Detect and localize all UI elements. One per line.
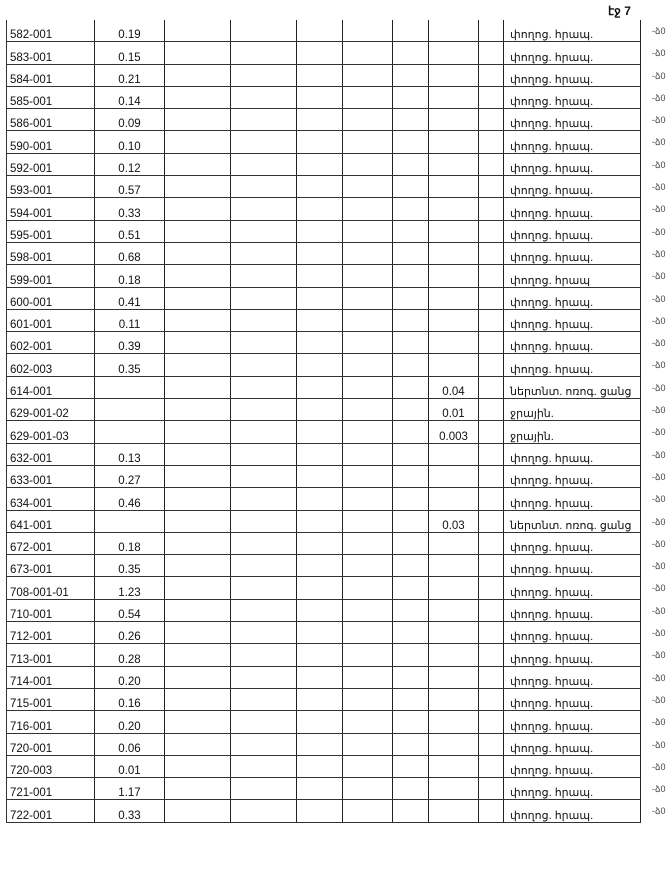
table-row: 595-0010.51փողոց. հրապ. (7, 220, 641, 242)
area-value: 0.09 (95, 109, 165, 131)
land-use-description: փողոց. հրապ. (504, 599, 641, 621)
empty-cell (393, 354, 429, 376)
land-use-description: փողոց. հրապ. (504, 86, 641, 108)
parcel-code: 601-001 (7, 309, 95, 331)
table-row: 712-0010.26փողոց. հրապ. (7, 622, 641, 644)
other-area-value (429, 220, 479, 242)
parcel-code: 593-001 (7, 176, 95, 198)
area-value (95, 421, 165, 443)
land-use-description: փողոց. հրապ. (504, 220, 641, 242)
empty-cell (479, 309, 504, 331)
empty-cell (393, 309, 429, 331)
empty-cell (165, 443, 231, 465)
parcel-code: 629-001-02 (7, 399, 95, 421)
other-area-value (429, 86, 479, 108)
empty-cell (231, 20, 297, 42)
empty-cell (297, 153, 343, 175)
parcel-code: 614-001 (7, 376, 95, 398)
other-area-value (429, 666, 479, 688)
empty-cell (297, 733, 343, 755)
area-value: 0.12 (95, 153, 165, 175)
empty-cell (231, 131, 297, 153)
empty-cell (343, 532, 393, 554)
area-value: 0.35 (95, 555, 165, 577)
other-area-value: 0.003 (429, 421, 479, 443)
empty-cell (165, 109, 231, 131)
land-use-description: փողոց. հրապ. (504, 443, 641, 465)
table-row: 634-0010.46փողոց. հրապ. (7, 488, 641, 510)
table-row: 720-0030.01փողոց. հրապ. (7, 755, 641, 777)
empty-cell (231, 242, 297, 264)
empty-cell (343, 755, 393, 777)
other-area-value (429, 198, 479, 220)
page-number-label: էջ 7 (608, 4, 631, 18)
table-row: 713-0010.28փողոց. հրապ. (7, 644, 641, 666)
parcel-code: 584-001 (7, 64, 95, 86)
land-use-description: փողոց. հրապ. (504, 354, 641, 376)
check-mark: -ձ0 (652, 288, 665, 310)
empty-cell (165, 198, 231, 220)
land-use-description: ներտնտ. ոռոգ. ցանց (504, 510, 641, 532)
empty-cell (297, 421, 343, 443)
empty-cell (231, 577, 297, 599)
empty-cell (393, 20, 429, 42)
parcel-code: 592-001 (7, 153, 95, 175)
empty-cell (165, 465, 231, 487)
empty-cell (479, 64, 504, 86)
empty-cell (231, 488, 297, 510)
empty-cell (479, 109, 504, 131)
empty-cell (297, 109, 343, 131)
other-area-value (429, 532, 479, 554)
empty-cell (297, 309, 343, 331)
table-row: 583-0010.15փողոց. հրապ. (7, 42, 641, 64)
other-area-value (429, 20, 479, 42)
parcel-code: 713-001 (7, 644, 95, 666)
empty-cell (165, 622, 231, 644)
empty-cell (479, 443, 504, 465)
empty-cell (343, 287, 393, 309)
check-mark: -ձ0 (652, 221, 665, 243)
other-area-value (429, 711, 479, 733)
empty-cell (165, 555, 231, 577)
empty-cell (393, 666, 429, 688)
area-value: 0.33 (95, 198, 165, 220)
empty-cell (231, 109, 297, 131)
empty-cell (393, 644, 429, 666)
land-use-description: փողոց. հրապ (504, 265, 641, 287)
empty-cell (393, 421, 429, 443)
empty-cell (231, 555, 297, 577)
empty-cell (479, 800, 504, 822)
empty-cell (393, 153, 429, 175)
land-use-description: փողոց. հրապ. (504, 332, 641, 354)
other-area-value (429, 488, 479, 510)
area-value: 1.17 (95, 778, 165, 800)
land-use-description: փողոց. հրապ. (504, 131, 641, 153)
empty-cell (165, 644, 231, 666)
empty-cell (343, 622, 393, 644)
empty-cell (479, 354, 504, 376)
check-mark: -ձ0 (652, 533, 665, 555)
empty-cell (231, 465, 297, 487)
area-value: 0.20 (95, 666, 165, 688)
table-row: 633-0010.27փողոց. հրապ. (7, 465, 641, 487)
other-area-value (429, 332, 479, 354)
parcel-code: 712-001 (7, 622, 95, 644)
parcel-code: 583-001 (7, 42, 95, 64)
empty-cell (165, 220, 231, 242)
empty-cell (297, 644, 343, 666)
check-mark: -ձ0 (652, 511, 665, 533)
area-value: 1.23 (95, 577, 165, 599)
area-value: 0.15 (95, 42, 165, 64)
table-body: 582-0010.19փողոց. հրապ.583-0010.15փողոց.… (7, 20, 641, 822)
parcel-code: 710-001 (7, 599, 95, 621)
check-mark: -ձ0 (652, 42, 665, 64)
empty-cell (343, 109, 393, 131)
check-mark: -ձ0 (652, 154, 665, 176)
empty-cell (393, 532, 429, 554)
area-value (95, 399, 165, 421)
area-value: 0.51 (95, 220, 165, 242)
land-use-description: փողոց. հրապ. (504, 666, 641, 688)
other-area-value (429, 644, 479, 666)
area-value: 0.33 (95, 800, 165, 822)
other-area-value: 0.03 (429, 510, 479, 532)
empty-cell (231, 176, 297, 198)
empty-cell (479, 555, 504, 577)
empty-cell (343, 354, 393, 376)
other-area-value (429, 354, 479, 376)
empty-cell (297, 64, 343, 86)
empty-cell (343, 577, 393, 599)
empty-cell (393, 109, 429, 131)
land-use-description: փողոց. հրապ. (504, 800, 641, 822)
empty-cell (297, 622, 343, 644)
empty-cell (231, 153, 297, 175)
empty-cell (297, 42, 343, 64)
check-mark: -ձ0 (652, 310, 665, 332)
empty-cell (343, 421, 393, 443)
table-row: 716-0010.20փողոց. հրապ. (7, 711, 641, 733)
empty-cell (165, 421, 231, 443)
area-value: 0.13 (95, 443, 165, 465)
check-mark: -ձ0 (652, 377, 665, 399)
table-row: 714-0010.20փողոց. հրապ. (7, 666, 641, 688)
empty-cell (297, 577, 343, 599)
parcel-code: 716-001 (7, 711, 95, 733)
empty-cell (393, 131, 429, 153)
check-mark: -ձ0 (652, 555, 665, 577)
table-row: 602-0030.35փողոց. հրապ. (7, 354, 641, 376)
check-mark: -ձ0 (652, 600, 665, 622)
land-use-description: փողոց. հրապ. (504, 755, 641, 777)
parcel-code: 594-001 (7, 198, 95, 220)
empty-cell (479, 711, 504, 733)
empty-cell (479, 242, 504, 264)
table-row: 585-0010.14փողոց. հրապ. (7, 86, 641, 108)
other-area-value (429, 622, 479, 644)
empty-cell (231, 287, 297, 309)
empty-cell (297, 465, 343, 487)
empty-cell (231, 688, 297, 710)
land-use-description: փողոց. հրապ. (504, 688, 641, 710)
empty-cell (231, 733, 297, 755)
empty-cell (165, 688, 231, 710)
land-use-description: ջրային. (504, 399, 641, 421)
area-value: 0.16 (95, 688, 165, 710)
parcel-code: 714-001 (7, 666, 95, 688)
empty-cell (297, 599, 343, 621)
empty-cell (479, 198, 504, 220)
other-area-value (429, 176, 479, 198)
empty-cell (165, 131, 231, 153)
parcel-code: 641-001 (7, 510, 95, 532)
empty-cell (343, 599, 393, 621)
parcel-code: 672-001 (7, 532, 95, 554)
empty-cell (165, 42, 231, 64)
table-row: 592-0010.12փողոց. հրապ. (7, 153, 641, 175)
parcel-code: 715-001 (7, 688, 95, 710)
empty-cell (343, 778, 393, 800)
empty-cell (297, 287, 343, 309)
empty-cell (479, 599, 504, 621)
land-use-description: փողոց. հրապ. (504, 42, 641, 64)
empty-cell (165, 153, 231, 175)
check-mark: -ձ0 (652, 354, 665, 376)
empty-cell (231, 532, 297, 554)
empty-cell (231, 599, 297, 621)
empty-cell (343, 265, 393, 287)
empty-cell (343, 644, 393, 666)
empty-cell (165, 332, 231, 354)
table-row: 629-001-030.003ջրային. (7, 421, 641, 443)
land-use-description: փողոց. հրապ. (504, 465, 641, 487)
empty-cell (231, 510, 297, 532)
check-mark: -ձ0 (652, 243, 665, 265)
parcel-code: 586-001 (7, 109, 95, 131)
check-mark: -ձ0 (652, 265, 665, 287)
check-mark: -ձ0 (652, 399, 665, 421)
table-row: 599-0010.18փողոց. հրապ (7, 265, 641, 287)
land-use-description: փողոց. հրապ. (504, 577, 641, 599)
parcel-code: 721-001 (7, 778, 95, 800)
area-value (95, 510, 165, 532)
empty-cell (231, 778, 297, 800)
table-row: 602-0010.39փողոց. հրապ. (7, 332, 641, 354)
empty-cell (297, 755, 343, 777)
empty-cell (393, 64, 429, 86)
check-mark: -ձ0 (652, 65, 665, 87)
check-mark: -ձ0 (652, 87, 665, 109)
empty-cell (393, 332, 429, 354)
parcel-code: 720-001 (7, 733, 95, 755)
parcel-code: 602-003 (7, 354, 95, 376)
empty-cell (343, 86, 393, 108)
land-use-description: փողոց. հրապ. (504, 733, 641, 755)
empty-cell (297, 443, 343, 465)
area-value: 0.46 (95, 488, 165, 510)
other-area-value (429, 599, 479, 621)
area-value: 0.39 (95, 332, 165, 354)
empty-cell (343, 688, 393, 710)
check-mark: -ձ0 (652, 577, 665, 599)
empty-cell (393, 510, 429, 532)
other-area-value (429, 131, 479, 153)
empty-cell (479, 42, 504, 64)
empty-cell (297, 778, 343, 800)
empty-cell (165, 577, 231, 599)
empty-cell (165, 20, 231, 42)
other-area-value (429, 443, 479, 465)
empty-cell (343, 242, 393, 264)
land-use-description: փողոց. հրապ. (504, 64, 641, 86)
other-area-value (429, 64, 479, 86)
empty-cell (231, 711, 297, 733)
empty-cell (393, 198, 429, 220)
empty-cell (231, 42, 297, 64)
area-value: 0.18 (95, 265, 165, 287)
empty-cell (479, 532, 504, 554)
parcel-code: 595-001 (7, 220, 95, 242)
table-row: 722-0010.33փողոց. հրապ. (7, 800, 641, 822)
empty-cell (231, 86, 297, 108)
empty-cell (231, 399, 297, 421)
land-use-description: փողոց. հրապ. (504, 287, 641, 309)
empty-cell (297, 376, 343, 398)
land-use-description: փողոց. հրապ. (504, 20, 641, 42)
empty-cell (231, 443, 297, 465)
empty-cell (297, 666, 343, 688)
empty-cell (297, 800, 343, 822)
empty-cell (479, 577, 504, 599)
empty-cell (231, 376, 297, 398)
parcel-code: 585-001 (7, 86, 95, 108)
check-mark: -ձ0 (652, 667, 665, 689)
check-mark: -ձ0 (652, 421, 665, 443)
land-use-description: ներտնտ. ոռոգ. ցանց (504, 376, 641, 398)
empty-cell (165, 376, 231, 398)
check-mark: -ձ0 (652, 800, 665, 822)
empty-cell (297, 555, 343, 577)
empty-cell (343, 42, 393, 64)
empty-cell (479, 399, 504, 421)
empty-cell (393, 399, 429, 421)
empty-cell (297, 20, 343, 42)
land-use-description: փողոց. հրապ. (504, 555, 641, 577)
land-use-description: փողոց. հրապ. (504, 644, 641, 666)
table-row: 710-0010.54փողոց. հրապ. (7, 599, 641, 621)
other-area-value (429, 265, 479, 287)
other-area-value (429, 755, 479, 777)
empty-cell (343, 309, 393, 331)
empty-cell (231, 644, 297, 666)
area-value: 0.26 (95, 622, 165, 644)
other-area-value (429, 153, 479, 175)
empty-cell (297, 198, 343, 220)
empty-cell (297, 176, 343, 198)
empty-cell (343, 443, 393, 465)
check-mark: -ձ0 (652, 332, 665, 354)
table-row: 721-0011.17փողոց. հրապ. (7, 778, 641, 800)
area-value: 0.57 (95, 176, 165, 198)
area-value (95, 376, 165, 398)
empty-cell (343, 800, 393, 822)
empty-cell (297, 265, 343, 287)
empty-cell (479, 510, 504, 532)
empty-cell (165, 354, 231, 376)
table-row: 720-0010.06փողոց. հրապ. (7, 733, 641, 755)
empty-cell (231, 666, 297, 688)
other-area-value (429, 42, 479, 64)
table-row: 594-0010.33փողոց. հրապ. (7, 198, 641, 220)
check-mark: -ձ0 (652, 466, 665, 488)
table-row: 632-0010.13փողոց. հրապ. (7, 443, 641, 465)
empty-cell (393, 778, 429, 800)
land-use-description: փողոց. հրապ. (504, 176, 641, 198)
land-use-description: փողոց. հրապ. (504, 711, 641, 733)
other-area-value (429, 287, 479, 309)
check-mark: -ձ0 (652, 711, 665, 733)
empty-cell (231, 354, 297, 376)
parcel-code: 599-001 (7, 265, 95, 287)
empty-cell (343, 465, 393, 487)
table-row: 584-0010.21փողոց. հրապ. (7, 64, 641, 86)
empty-cell (165, 176, 231, 198)
parcel-code: 673-001 (7, 555, 95, 577)
check-mark: -ձ0 (652, 778, 665, 800)
empty-cell (165, 242, 231, 264)
empty-cell (343, 220, 393, 242)
empty-cell (479, 688, 504, 710)
empty-cell (393, 555, 429, 577)
empty-cell (165, 666, 231, 688)
empty-cell (231, 220, 297, 242)
empty-cell (479, 86, 504, 108)
empty-cell (165, 287, 231, 309)
empty-cell (479, 131, 504, 153)
area-value: 0.18 (95, 532, 165, 554)
area-value: 0.01 (95, 755, 165, 777)
land-use-description: փողոց. հրապ. (504, 198, 641, 220)
land-use-description: փողոց. հրապ. (504, 532, 641, 554)
check-mark: -ձ0 (652, 488, 665, 510)
other-area-value: 0.04 (429, 376, 479, 398)
empty-cell (393, 42, 429, 64)
area-value: 0.28 (95, 644, 165, 666)
table-row: 614-0010.04ներտնտ. ոռոգ. ցանց (7, 376, 641, 398)
land-use-description: փողոց. հրապ. (504, 622, 641, 644)
area-value: 0.06 (95, 733, 165, 755)
check-mark: -ձ0 (652, 109, 665, 131)
area-value: 0.10 (95, 131, 165, 153)
empty-cell (297, 354, 343, 376)
check-mark: -ձ0 (652, 131, 665, 153)
table-row: 629-001-020.01ջրային. (7, 399, 641, 421)
empty-cell (165, 86, 231, 108)
table-row: 600-0010.41փողոց. հրապ. (7, 287, 641, 309)
empty-cell (231, 622, 297, 644)
empty-cell (343, 332, 393, 354)
check-mark: -ձ0 (652, 20, 665, 42)
area-value: 0.20 (95, 711, 165, 733)
empty-cell (231, 332, 297, 354)
empty-cell (297, 488, 343, 510)
check-mark: -ձ0 (652, 444, 665, 466)
table-row: 672-0010.18փողոց. հրապ. (7, 532, 641, 554)
area-value: 0.68 (95, 242, 165, 264)
